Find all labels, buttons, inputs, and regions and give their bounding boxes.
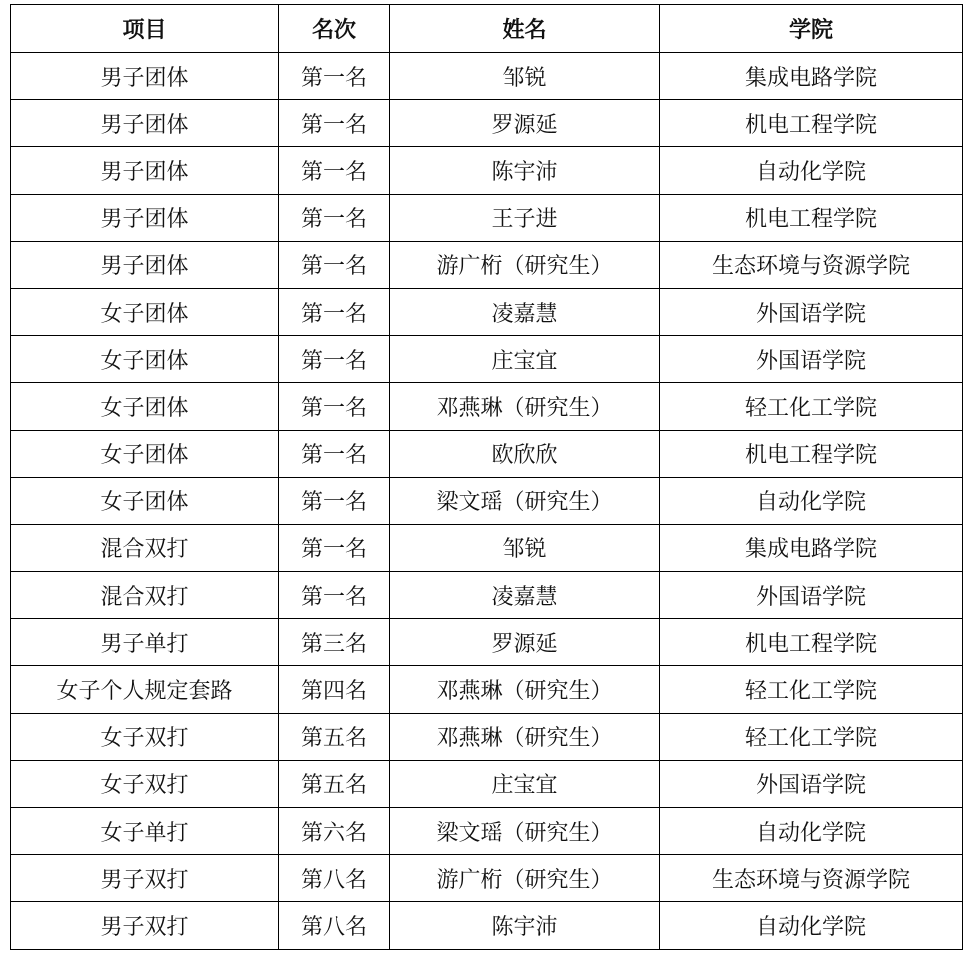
cell-college: 自动化学院 bbox=[660, 147, 963, 194]
cell-college: 机电工程学院 bbox=[660, 100, 963, 147]
table-row: 男子单打第三名罗源延机电工程学院 bbox=[11, 619, 963, 666]
cell-college: 机电工程学院 bbox=[660, 430, 963, 477]
cell-event: 男子团体 bbox=[11, 194, 279, 241]
cell-name: 凌嘉慧 bbox=[390, 572, 660, 619]
cell-name: 游广桁（研究生） bbox=[390, 241, 660, 288]
cell-college: 机电工程学院 bbox=[660, 194, 963, 241]
cell-event: 男子团体 bbox=[11, 100, 279, 147]
cell-college: 自动化学院 bbox=[660, 902, 963, 949]
cell-rank: 第一名 bbox=[279, 430, 390, 477]
cell-college: 机电工程学院 bbox=[660, 619, 963, 666]
cell-event: 男子团体 bbox=[11, 53, 279, 100]
cell-college: 集成电路学院 bbox=[660, 524, 963, 571]
cell-college: 外国语学院 bbox=[660, 572, 963, 619]
cell-college: 生态环境与资源学院 bbox=[660, 855, 963, 902]
table-row: 女子团体第一名邓燕琳（研究生）轻工化工学院 bbox=[11, 383, 963, 430]
cell-rank: 第一名 bbox=[279, 147, 390, 194]
table-row: 混合双打第一名凌嘉慧外国语学院 bbox=[11, 572, 963, 619]
cell-event: 混合双打 bbox=[11, 572, 279, 619]
table-row: 女子团体第一名梁文瑶（研究生）自动化学院 bbox=[11, 477, 963, 524]
table-row: 女子团体第一名欧欣欣机电工程学院 bbox=[11, 430, 963, 477]
cell-name: 邓燕琳（研究生） bbox=[390, 713, 660, 760]
results-table: 项目 名次 姓名 学院 男子团体第一名邹锐集成电路学院男子团体第一名罗源延机电工… bbox=[10, 4, 963, 950]
table-row: 女子个人规定套路第四名邓燕琳（研究生）轻工化工学院 bbox=[11, 666, 963, 713]
table-row: 女子双打第五名邓燕琳（研究生）轻工化工学院 bbox=[11, 713, 963, 760]
cell-rank: 第一名 bbox=[279, 241, 390, 288]
cell-event: 男子单打 bbox=[11, 619, 279, 666]
table-row: 女子团体第一名庄宝宜外国语学院 bbox=[11, 336, 963, 383]
cell-rank: 第一名 bbox=[279, 336, 390, 383]
cell-name: 游广桁（研究生） bbox=[390, 855, 660, 902]
table-row: 男子双打第八名陈宇沛自动化学院 bbox=[11, 902, 963, 949]
cell-college: 自动化学院 bbox=[660, 477, 963, 524]
cell-name: 欧欣欣 bbox=[390, 430, 660, 477]
cell-name: 王子进 bbox=[390, 194, 660, 241]
cell-college: 轻工化工学院 bbox=[660, 666, 963, 713]
table-row: 女子单打第六名梁文瑶（研究生）自动化学院 bbox=[11, 808, 963, 855]
cell-event: 女子个人规定套路 bbox=[11, 666, 279, 713]
header-name: 姓名 bbox=[390, 5, 660, 53]
cell-event: 女子团体 bbox=[11, 288, 279, 335]
cell-rank: 第五名 bbox=[279, 760, 390, 807]
cell-college: 外国语学院 bbox=[660, 288, 963, 335]
cell-event: 女子双打 bbox=[11, 760, 279, 807]
cell-name: 梁文瑶（研究生） bbox=[390, 477, 660, 524]
table-header: 项目 名次 姓名 学院 bbox=[11, 5, 963, 53]
cell-rank: 第一名 bbox=[279, 53, 390, 100]
cell-name: 庄宝宜 bbox=[390, 336, 660, 383]
cell-name: 陈宇沛 bbox=[390, 902, 660, 949]
cell-rank: 第六名 bbox=[279, 808, 390, 855]
cell-rank: 第一名 bbox=[279, 100, 390, 147]
cell-name: 邹锐 bbox=[390, 53, 660, 100]
cell-rank: 第三名 bbox=[279, 619, 390, 666]
cell-name: 邓燕琳（研究生） bbox=[390, 666, 660, 713]
header-row: 项目 名次 姓名 学院 bbox=[11, 5, 963, 53]
header-event: 项目 bbox=[11, 5, 279, 53]
cell-name: 庄宝宜 bbox=[390, 760, 660, 807]
cell-rank: 第四名 bbox=[279, 666, 390, 713]
cell-event: 男子团体 bbox=[11, 241, 279, 288]
cell-name: 邹锐 bbox=[390, 524, 660, 571]
cell-college: 生态环境与资源学院 bbox=[660, 241, 963, 288]
cell-college: 外国语学院 bbox=[660, 760, 963, 807]
table-row: 男子团体第一名王子进机电工程学院 bbox=[11, 194, 963, 241]
cell-rank: 第八名 bbox=[279, 855, 390, 902]
cell-rank: 第一名 bbox=[279, 288, 390, 335]
cell-event: 男子双打 bbox=[11, 902, 279, 949]
cell-college: 自动化学院 bbox=[660, 808, 963, 855]
cell-college: 外国语学院 bbox=[660, 336, 963, 383]
cell-name: 邓燕琳（研究生） bbox=[390, 383, 660, 430]
cell-event: 混合双打 bbox=[11, 524, 279, 571]
cell-name: 梁文瑶（研究生） bbox=[390, 808, 660, 855]
cell-event: 男子团体 bbox=[11, 147, 279, 194]
table-body: 男子团体第一名邹锐集成电路学院男子团体第一名罗源延机电工程学院男子团体第一名陈宇… bbox=[11, 53, 963, 950]
cell-event: 女子团体 bbox=[11, 383, 279, 430]
table-row: 男子双打第八名游广桁（研究生）生态环境与资源学院 bbox=[11, 855, 963, 902]
cell-event: 女子团体 bbox=[11, 336, 279, 383]
table-row: 男子团体第一名邹锐集成电路学院 bbox=[11, 53, 963, 100]
cell-college: 轻工化工学院 bbox=[660, 713, 963, 760]
cell-name: 陈宇沛 bbox=[390, 147, 660, 194]
table-row: 男子团体第一名游广桁（研究生）生态环境与资源学院 bbox=[11, 241, 963, 288]
cell-event: 女子团体 bbox=[11, 477, 279, 524]
table-row: 女子双打第五名庄宝宜外国语学院 bbox=[11, 760, 963, 807]
header-rank: 名次 bbox=[279, 5, 390, 53]
cell-event: 男子双打 bbox=[11, 855, 279, 902]
cell-rank: 第一名 bbox=[279, 572, 390, 619]
cell-event: 女子团体 bbox=[11, 430, 279, 477]
table-row: 混合双打第一名邹锐集成电路学院 bbox=[11, 524, 963, 571]
table-row: 男子团体第一名陈宇沛自动化学院 bbox=[11, 147, 963, 194]
header-college: 学院 bbox=[660, 5, 963, 53]
cell-rank: 第一名 bbox=[279, 383, 390, 430]
cell-rank: 第五名 bbox=[279, 713, 390, 760]
cell-event: 女子双打 bbox=[11, 713, 279, 760]
cell-name: 罗源延 bbox=[390, 100, 660, 147]
cell-college: 集成电路学院 bbox=[660, 53, 963, 100]
cell-event: 女子单打 bbox=[11, 808, 279, 855]
cell-rank: 第一名 bbox=[279, 524, 390, 571]
cell-name: 罗源延 bbox=[390, 619, 660, 666]
cell-rank: 第八名 bbox=[279, 902, 390, 949]
cell-rank: 第一名 bbox=[279, 477, 390, 524]
table-row: 女子团体第一名凌嘉慧外国语学院 bbox=[11, 288, 963, 335]
table-row: 男子团体第一名罗源延机电工程学院 bbox=[11, 100, 963, 147]
cell-name: 凌嘉慧 bbox=[390, 288, 660, 335]
cell-rank: 第一名 bbox=[279, 194, 390, 241]
cell-college: 轻工化工学院 bbox=[660, 383, 963, 430]
